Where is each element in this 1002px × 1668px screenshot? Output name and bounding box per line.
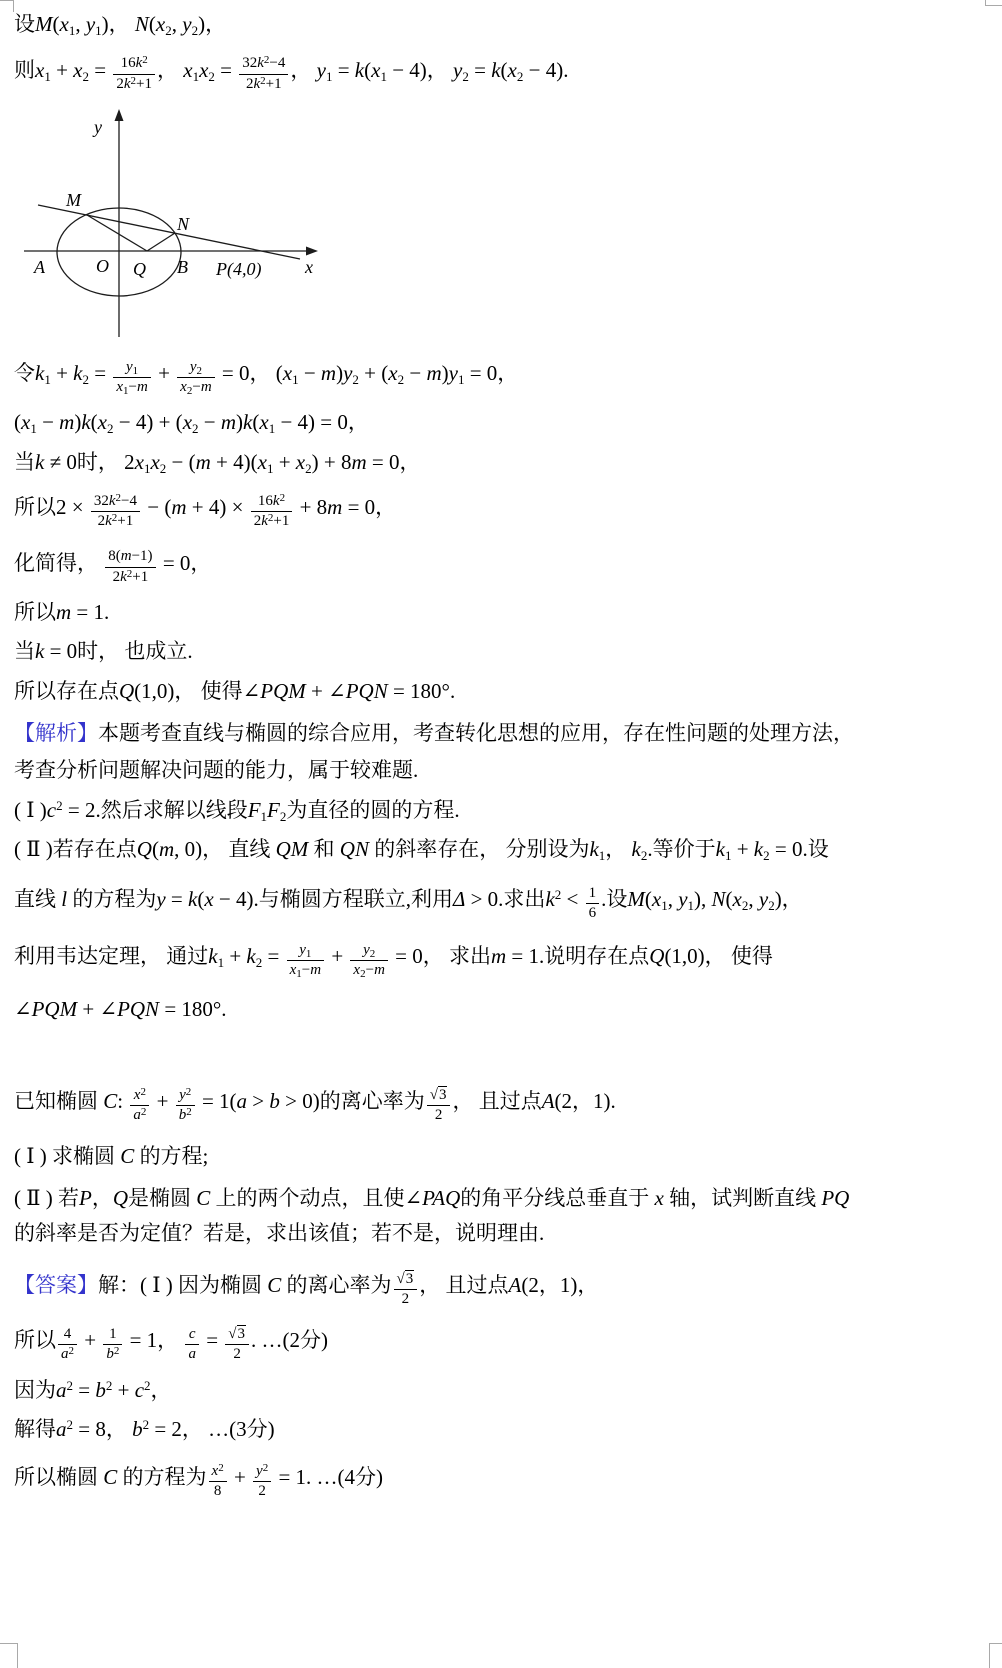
text-line-l25: 解得a2 = 8， b2 = 2， …(3分) [14, 1413, 990, 1447]
point-label-A: A [33, 257, 46, 277]
point-label-B: B [177, 257, 188, 277]
text-line-l13: ( Ⅰ )c2 = 2.然后求解以线段F1F2为直径的圆的方程. [14, 794, 990, 828]
text-line-l26: 所以椭圆 C 的方程为x28 + y22 = 1. …(4分) [14, 1461, 990, 1500]
text-line-l12: 考查分析问题解决问题的能力，属于较难题. [14, 754, 990, 788]
paragraph-group-top: 设M(x1, y1)， N(x2, y2)，则x1 + x2 = 16k22k2… [14, 8, 990, 93]
text-line-l7: 化简得， 8(m−1)2k2+1 = 0， [14, 547, 990, 586]
text-line-l19: ( Ⅰ ) 求椭圆 C 的方程; [14, 1140, 990, 1174]
table-corner-mark-bottom-right [989, 1643, 1002, 1668]
text-line-l5: 当k ≠ 0时， 2x1x2 − (m + 4)(x1 + x2) + 8m =… [14, 446, 990, 480]
point-label-N: N [176, 214, 190, 234]
point-label-P: P(4,0) [215, 259, 261, 280]
text-line-l9: 当k = 0时， 也成立. [14, 635, 990, 669]
paragraph-group-main: 令k1 + k2 = y1x1−m + y2x2−m = 0， (x1 − m)… [14, 357, 990, 1500]
text-line-l21: 的斜率是否为定值？若是，求出该值；若不是，说明理由. [14, 1217, 990, 1251]
text-line-l16: 利用韦达定理， 通过k1 + k2 = y1x1−m + y2x2−m = 0，… [14, 940, 990, 979]
text-line-l4: (x1 − m)k(x2 − 4) + (x2 − m)k(x1 − 4) = … [14, 406, 990, 440]
text-line-l18: 已知椭圆 C: x2a2 + y2b2 = 1(a > b > 0)的离心率为√… [14, 1085, 990, 1124]
x-axis-arrow-icon [306, 246, 318, 255]
table-corner-mark-top-right [985, 0, 1002, 6]
table-corner-mark-top-left [0, 0, 14, 12]
y-axis-arrow-icon [115, 109, 124, 121]
text-line-l8: 所以m = 1. [14, 596, 990, 630]
table-corner-mark-bottom-left [0, 1643, 18, 1668]
x-axis-label: x [304, 257, 313, 277]
origin-label-O: O [96, 256, 109, 276]
text-line-l11: 【解析】本题考查直线与椭圆的综合应用，考查转化思想的应用，存在性问题的处理方法， [14, 717, 990, 751]
text-line-l3: 令k1 + k2 = y1x1−m + y2x2−m = 0， (x1 − m)… [14, 357, 990, 396]
text-line-l10: 所以存在点Q(1,0)， 使得∠PQM + ∠PQN = 180°. [14, 675, 990, 709]
segment-QM [87, 215, 147, 251]
document-page: 设M(x1, y1)， N(x2, y2)，则x1 + x2 = 16k22k2… [0, 0, 1002, 1668]
section-label: 【解析】 [14, 721, 98, 745]
section-label: 【答案】 [14, 1273, 98, 1297]
text-line-l22: 【答案】解：( Ⅰ ) 因为椭圆 C 的离心率为√32， 且过点A(2，1)， [14, 1269, 990, 1308]
text-line-l6: 所以2 × 32k2−42k2+1 − (m + 4) × 16k22k2+1 … [14, 491, 990, 530]
text-line-l2: 则x1 + x2 = 16k22k2+1， x1x2 = 32k2−42k2+1… [14, 54, 990, 93]
segment-QN [147, 233, 175, 251]
text-line-l1: 设M(x1, y1)， N(x2, y2)， [14, 8, 990, 42]
y-axis-label: y [92, 117, 102, 137]
point-label-Q: Q [133, 259, 146, 279]
document-content: 设M(x1, y1)， N(x2, y2)，则x1 + x2 = 16k22k2… [0, 0, 1002, 1500]
text-line-l24: 因为a2 = b2 + c2， [14, 1374, 990, 1408]
ellipse-diagram: y M N A O Q B P(4,0) x [14, 105, 334, 343]
text-line-l17: ∠PQM + ∠PQN = 180°. [14, 993, 990, 1027]
point-label-M: M [65, 190, 82, 210]
text-line-l23: 所以4a2 + 1b2 = 1， ca = √32. …(2分) [14, 1324, 990, 1363]
text-line-l15: 直线 l 的方程为y = k(x − 4).与椭圆方程联立,利用Δ > 0.求出… [14, 883, 990, 922]
text-line-l14: ( Ⅱ )若存在点Q(m, 0)， 直线 QM 和 QN 的斜率存在， 分别设为… [14, 833, 990, 867]
text-line-l20: ( Ⅱ ) 若P，Q是椭圆 C 上的两个动点，且使∠PAQ的角平分线总垂直于 x… [14, 1182, 990, 1216]
